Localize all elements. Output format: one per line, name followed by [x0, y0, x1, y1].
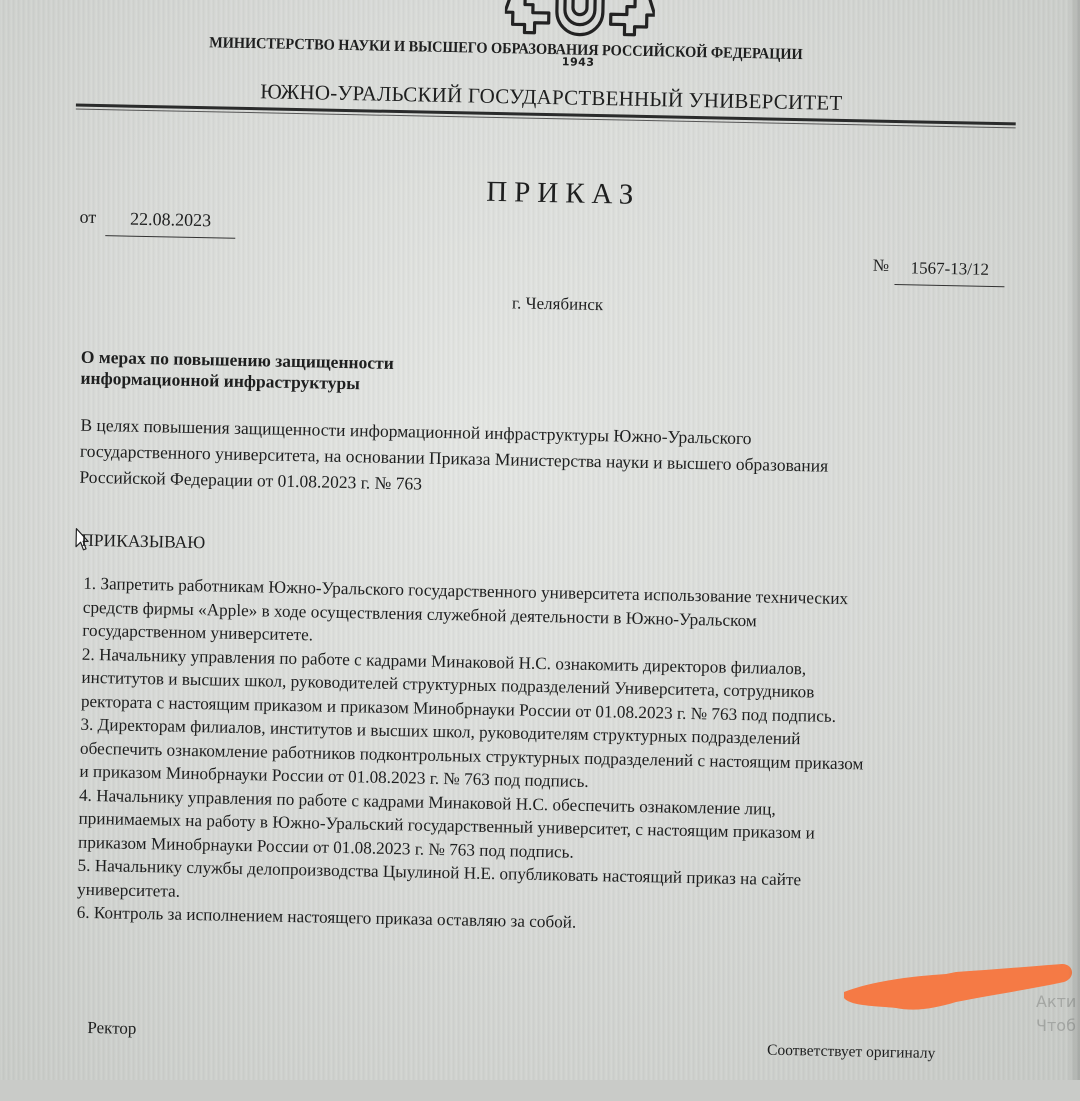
order-number: 1567-13/12 [894, 258, 1005, 287]
order-items: 1. Запретить работникам Южно-Уральского … [76, 572, 983, 942]
preamble: В целях повышения защищенности информаци… [79, 412, 960, 508]
date-label: от [79, 207, 96, 228]
order-directive: ПРИКАЗЫВАЮ [81, 530, 206, 553]
header-divider-thin [76, 109, 1016, 129]
monitor-screen: 1943 МИНИСТЕРСТВО НАУКИ И ВЫСШЕГО ОБРАЗО… [0, 0, 1080, 1080]
number-label: № [873, 256, 890, 276]
signatory-title: Ректор [87, 1018, 136, 1039]
monitor-bezel-edge [1068, 0, 1080, 1080]
order-date: 22.08.2023 [105, 208, 236, 239]
document-title: ПРИКАЗ [486, 176, 641, 212]
document-page: 1943 МИНИСТЕРСТВО НАУКИ И ВЫСШЕГО ОБРАЗО… [0, 0, 1080, 1080]
redaction-scribble [836, 962, 1076, 1022]
city: г. Челябинск [512, 293, 603, 315]
certification-note: Соответствует оригиналу [767, 1042, 936, 1063]
order-subject: О мерах по повышению защищенности информ… [80, 347, 394, 395]
